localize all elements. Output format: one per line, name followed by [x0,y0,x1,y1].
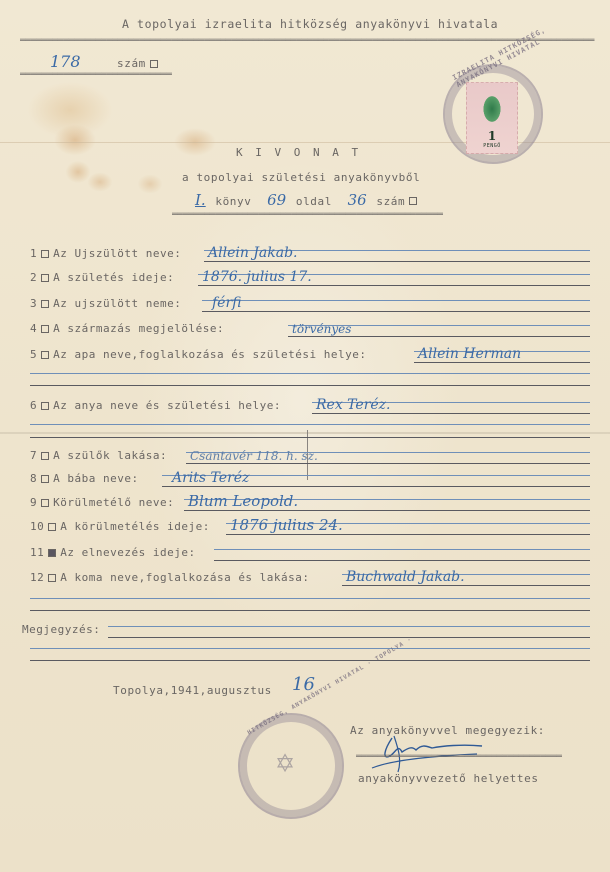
field-line-11 [214,546,590,561]
field-label-7: 7A szülők lakása: [30,449,167,462]
checkbox-icon [409,197,417,205]
field-5-continuation-line [30,385,590,387]
book-reference: I. könyv 69 oldal 36 szám [195,190,421,210]
checkbox-icon [41,274,49,282]
field-value-5: Allein Herman [418,346,521,362]
field-label-6: 6Az anya neve és születési helye: [30,399,281,412]
revenue-stamp-currency: PENGŐ [467,143,517,149]
revenue-stamp-value: 1 [467,129,517,143]
field-6-continuation-line [30,437,590,439]
checkbox-checked-icon [48,549,56,557]
field-label-3: 3Az ujszülött neme: [30,297,181,310]
checkbox-icon [41,351,49,359]
page-label: oldal [296,195,332,208]
checkbox-icon [41,402,49,410]
checkbox-icon [41,452,49,460]
field-row-2: 2A születés ideje: 1876. julius 17. [30,266,590,288]
field-label-2: 2A születés ideje: [30,271,174,284]
remarks-continuation-line [30,660,590,662]
field-value-8: Arits Teréz [172,470,249,486]
field-value-4: törvényes [292,322,351,336]
remarks-line [108,623,590,638]
field-label-9: 9Körülmetélő neve: [30,496,174,509]
field-row-1: 1Az Ujszülött neve: Allein Jakab. [30,242,590,264]
field-12-continuation-line [30,598,590,600]
checkbox-icon [48,574,56,582]
remarks-row: Megjegyzés: [22,618,590,640]
field-row-9: 9Körülmetélő neve: Blum Leopold. [30,491,590,513]
field-label-10: 10A körülmetélés ideje: [30,520,210,533]
signature-double-rule: ══════════════════════════════════════ [356,752,566,762]
field-value-9: Blum Leopold. [188,492,298,510]
field-row-12: 12A koma neve,foglalkozása és lakása: Bu… [30,566,590,588]
field-5-continuation-line [30,373,590,375]
field-label-8: 8A bába neve: [30,472,139,485]
revenue-stamp: 1 PENGŐ [466,82,518,154]
field-row-8: 8A bába neve: Arits Teréz [30,467,590,489]
field-line-12: Buchwald Jakab. [342,571,590,586]
checkbox-icon [48,523,56,531]
field-line-8: Arits Teréz [162,472,590,487]
field-label-11: 11Az elnevezés ideje: [30,546,196,559]
field-line-7: Csantavér 118. h. sz. [186,449,590,464]
field-value-7: Csantavér 118. h. sz. [190,449,318,463]
checkbox-icon [41,475,49,483]
register-number-label: szám [117,57,162,70]
page-number: 69 [267,191,286,209]
field-value-2: 1876. julius 17. [202,269,312,285]
book-label: könyv [215,195,251,208]
field-line-1: Allein Jakab. [204,247,590,262]
field-value-3: férfi [212,295,242,311]
document-subtitle: a topolyai születési anyakönyvből [182,171,420,184]
checkbox-icon [41,300,49,308]
field-label-5: 5Az apa neve,foglalkozása és születési h… [30,348,367,361]
field-value-1: Allein Jakab. [208,245,298,261]
entry-number: 36 [348,191,367,209]
field-row-10: 10A körülmetélés ideje: 1876 julius 24. [30,515,590,537]
checkbox-icon [41,250,49,258]
place-date: Topolya,1941,augusztus [113,684,272,697]
revenue-stamp-figure-icon [479,89,505,129]
number-double-rule: ═════════════════════════════ [20,70,172,80]
field-value-10: 1876 julius 24. [230,516,343,534]
field-6-continuation-line [30,424,590,426]
field-line-6: Rex Teréz. [312,399,590,414]
register-number: 178 [50,52,81,71]
remarks-label: Megjegyzés: [22,623,100,636]
office-title: A topolyai izraelita hitközség anyakönyv… [122,17,498,31]
checkbox-icon [41,499,49,507]
field-row-5: 5Az apa neve,foglalkozása és születési h… [30,343,590,365]
field-line-3: férfi [202,297,590,312]
field-line-10: 1876 julius 24. [226,520,590,535]
remarks-continuation-line [30,648,590,650]
star-of-david-icon: ✡ [276,748,294,778]
book-number: I. [195,191,206,209]
field-value-12: Buchwald Jakab. [346,569,465,585]
field-line-9: Blum Leopold. [184,496,590,511]
field-line-5: Allein Herman [414,348,590,363]
signer-role: anyakönyvvezető helyettes [358,772,539,785]
document-title: K I V O N A T [236,146,361,159]
fold-crease-middle [0,432,610,434]
field-value-6: Rex Teréz. [316,397,391,413]
entry-label: szám [376,195,405,208]
field-12-continuation-line [30,610,590,612]
field-row-7: 7A szülők lakása: Csantavér 118. h. sz. [30,444,590,466]
field-line-4: törvényes [288,322,590,337]
field-line-2: 1876. julius 17. [198,271,590,286]
checkbox-icon [150,60,158,68]
title-double-rule: ════════════════════════════════════════… [172,210,450,220]
field-label-1: 1Az Ujszülött neve: [30,247,181,260]
field-label-12: 12A koma neve,foglalkozása és lakása: [30,571,310,584]
field-row-6: 6Az anya neve és születési helye: Rex Te… [30,394,590,416]
field-row-3: 3Az ujszülött neme: férfi [30,292,590,314]
field-row-4: 4A származás megjelölése: törvényes [30,317,590,339]
field-row-11: 11Az elnevezés ideje: [30,541,590,563]
field-label-4: 4A származás megjelölése: [30,322,224,335]
checkbox-icon [41,325,49,333]
